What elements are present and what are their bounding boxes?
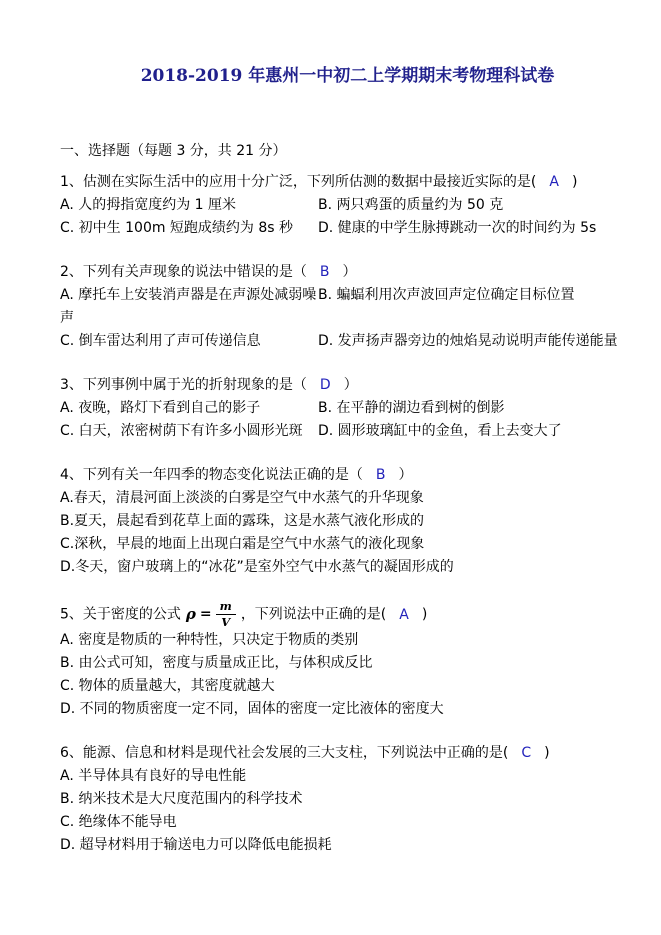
stem-close: )	[572, 174, 577, 190]
option-c: C. 绝缘体不能导电	[60, 811, 651, 834]
formula-rho: ρ	[186, 603, 196, 626]
option-b: B. 纳米技术是大尺度范围内的科学技术	[60, 788, 651, 811]
option-b: B. 蝙蝠利用次声波回声定位确定目标位置	[318, 284, 651, 330]
exam-paper-page: 2018-2019 年惠州一中初二上学期期末考物理科试卷 一、选择题（每题 3 …	[0, 0, 661, 935]
question-3: 3、下列事例中属于光的折射现象的是（D） A. 夜晚，路灯下看到自己的影子 B.…	[60, 374, 651, 443]
stem-text: 6、能源、信息和材料是现代社会发展的三大支柱，下列说法中正确的是(	[60, 745, 508, 761]
option-c: C. 初中生 100m 短跑成绩约为 8s 秒	[60, 217, 318, 240]
question-3-options: A. 夜晚，路灯下看到自己的影子 B. 在平静的湖边看到树的倒影 C. 白天，浓…	[60, 397, 651, 443]
stem-close: )	[544, 745, 549, 761]
stem-text: 1、估测在实际生活中的应用十分广泛，下列所估测的数据中最接近实际的是(	[60, 174, 536, 190]
question-3-stem: 3、下列事例中属于光的折射现象的是（D）	[60, 374, 651, 397]
fraction-denominator: V	[221, 615, 230, 629]
answer-letter: A	[536, 174, 572, 190]
option-a: A. 人的拇指宽度约为 1 厘米	[60, 194, 318, 217]
option-c: C. 白天，浓密树荫下有许多小圆形光斑	[60, 420, 318, 443]
question-5-options: A. 密度是物质的一种特性，只决定于物质的类别 B. 由公式可知，密度与质量成正…	[60, 629, 651, 721]
option-a: A. 密度是物质的一种特性，只决定于物质的类别	[60, 629, 651, 652]
option-a: A. 半导体具有良好的导电性能	[60, 765, 651, 788]
page-title: 2018-2019 年惠州一中初二上学期期末考物理科试卷	[60, 64, 635, 88]
option-b: B. 在平静的湖边看到树的倒影	[318, 397, 651, 420]
option-b: B. 由公式可知，密度与质量成正比，与体积成反比	[60, 652, 651, 675]
option-b: B. 两只鸡蛋的质量约为 50 克	[318, 194, 651, 217]
answer-letter: C	[508, 745, 544, 761]
option-d: D. 发声扬声器旁边的烛焰晃动说明声能传递能量	[318, 330, 651, 353]
formula-equals: =	[200, 603, 212, 626]
option-d: D.冬天，窗户玻璃上的“冰花”是室外空气中水蒸气的凝固形成的	[60, 556, 651, 579]
question-1: 1、估测在实际生活中的应用十分广泛，下列所估测的数据中最接近实际的是(A) A.…	[60, 171, 651, 240]
answer-letter: A	[386, 607, 422, 623]
stem-text: 3、下列事例中属于光的折射现象的是（	[60, 377, 307, 393]
stem-text: 2、下列有关声现象的说法中错误的是（	[60, 264, 307, 280]
question-2: 2、下列有关声现象的说法中错误的是（B） A. 摩托车上安装消声器是在声源处减弱…	[60, 261, 651, 353]
question-1-options: A. 人的拇指宽度约为 1 厘米 B. 两只鸡蛋的质量约为 50 克 C. 初中…	[60, 194, 651, 240]
fraction-numerator: m	[216, 600, 236, 615]
question-2-options: A. 摩托车上安装消声器是在声源处减弱噪声 B. 蝙蝠利用次声波回声定位确定目标…	[60, 284, 651, 353]
option-a: A.春天，清晨河面上淡淡的白雾是空气中水蒸气的升华现象	[60, 487, 651, 510]
option-a: A. 夜晚，路灯下看到自己的影子	[60, 397, 318, 420]
question-4: 4、下列有关一年四季的物态变化说法正确的是（B） A.春天，清晨河面上淡淡的白雾…	[60, 464, 651, 579]
stem-close: )	[422, 607, 427, 623]
question-5-stem: 5、关于密度的公式ρ=mV，下列说法中正确的是(A)	[60, 600, 651, 629]
option-d: D. 超导材料用于输送电力可以降低电能损耗	[60, 834, 651, 857]
stem-close: ）	[399, 467, 413, 483]
option-b: B.夏天，晨起看到花草上面的露珠，这是水蒸气液化形成的	[60, 510, 651, 533]
option-d: D. 圆形玻璃缸中的金鱼，看上去变大了	[318, 420, 651, 443]
question-2-stem: 2、下列有关声现象的说法中错误的是（B）	[60, 261, 651, 284]
stem-close: ）	[343, 264, 357, 280]
option-d: D. 不同的物质密度一定不同，固体的密度一定比液体的密度大	[60, 698, 651, 721]
option-a: A. 摩托车上安装消声器是在声源处减弱噪声	[60, 284, 318, 330]
question-1-stem: 1、估测在实际生活中的应用十分广泛，下列所估测的数据中最接近实际的是(A)	[60, 171, 651, 194]
question-6: 6、能源、信息和材料是现代社会发展的三大支柱，下列说法中正确的是(C) A. 半…	[60, 742, 651, 857]
stem-text: 4、下列有关一年四季的物态变化说法正确的是（	[60, 467, 363, 483]
question-6-stem: 6、能源、信息和材料是现代社会发展的三大支柱，下列说法中正确的是(C)	[60, 742, 651, 765]
option-d: D. 健康的中学生脉搏跳动一次的时间约为 5s	[318, 217, 651, 240]
option-c: C. 倒车雷达利用了声可传递信息	[60, 330, 318, 353]
answer-letter: D	[307, 377, 344, 393]
question-5: 5、关于密度的公式ρ=mV，下列说法中正确的是(A) A. 密度是物质的一种特性…	[60, 600, 651, 721]
answer-letter: B	[307, 264, 343, 280]
section-heading: 一、选择题（每题 3 分，共 21 分）	[60, 140, 651, 163]
question-6-options: A. 半导体具有良好的导电性能 B. 纳米技术是大尺度范围内的科学技术 C. 绝…	[60, 765, 651, 857]
option-c: C.深秋，早晨的地面上出现白霜是空气中水蒸气的液化现象	[60, 533, 651, 556]
answer-letter: B	[363, 467, 399, 483]
formula-fraction: mV	[216, 600, 236, 629]
stem-text: 5、关于密度的公式	[60, 607, 181, 623]
question-4-options: A.春天，清晨河面上淡淡的白雾是空气中水蒸气的升华现象 B.夏天，晨起看到花草上…	[60, 487, 651, 579]
option-c: C. 物体的质量越大，其密度就越大	[60, 675, 651, 698]
density-formula: ρ=mV	[186, 600, 236, 629]
question-4-stem: 4、下列有关一年四季的物态变化说法正确的是（B）	[60, 464, 651, 487]
stem-close: ）	[344, 377, 358, 393]
stem-text-after-formula: ，下列说法中正确的是(	[241, 607, 386, 623]
